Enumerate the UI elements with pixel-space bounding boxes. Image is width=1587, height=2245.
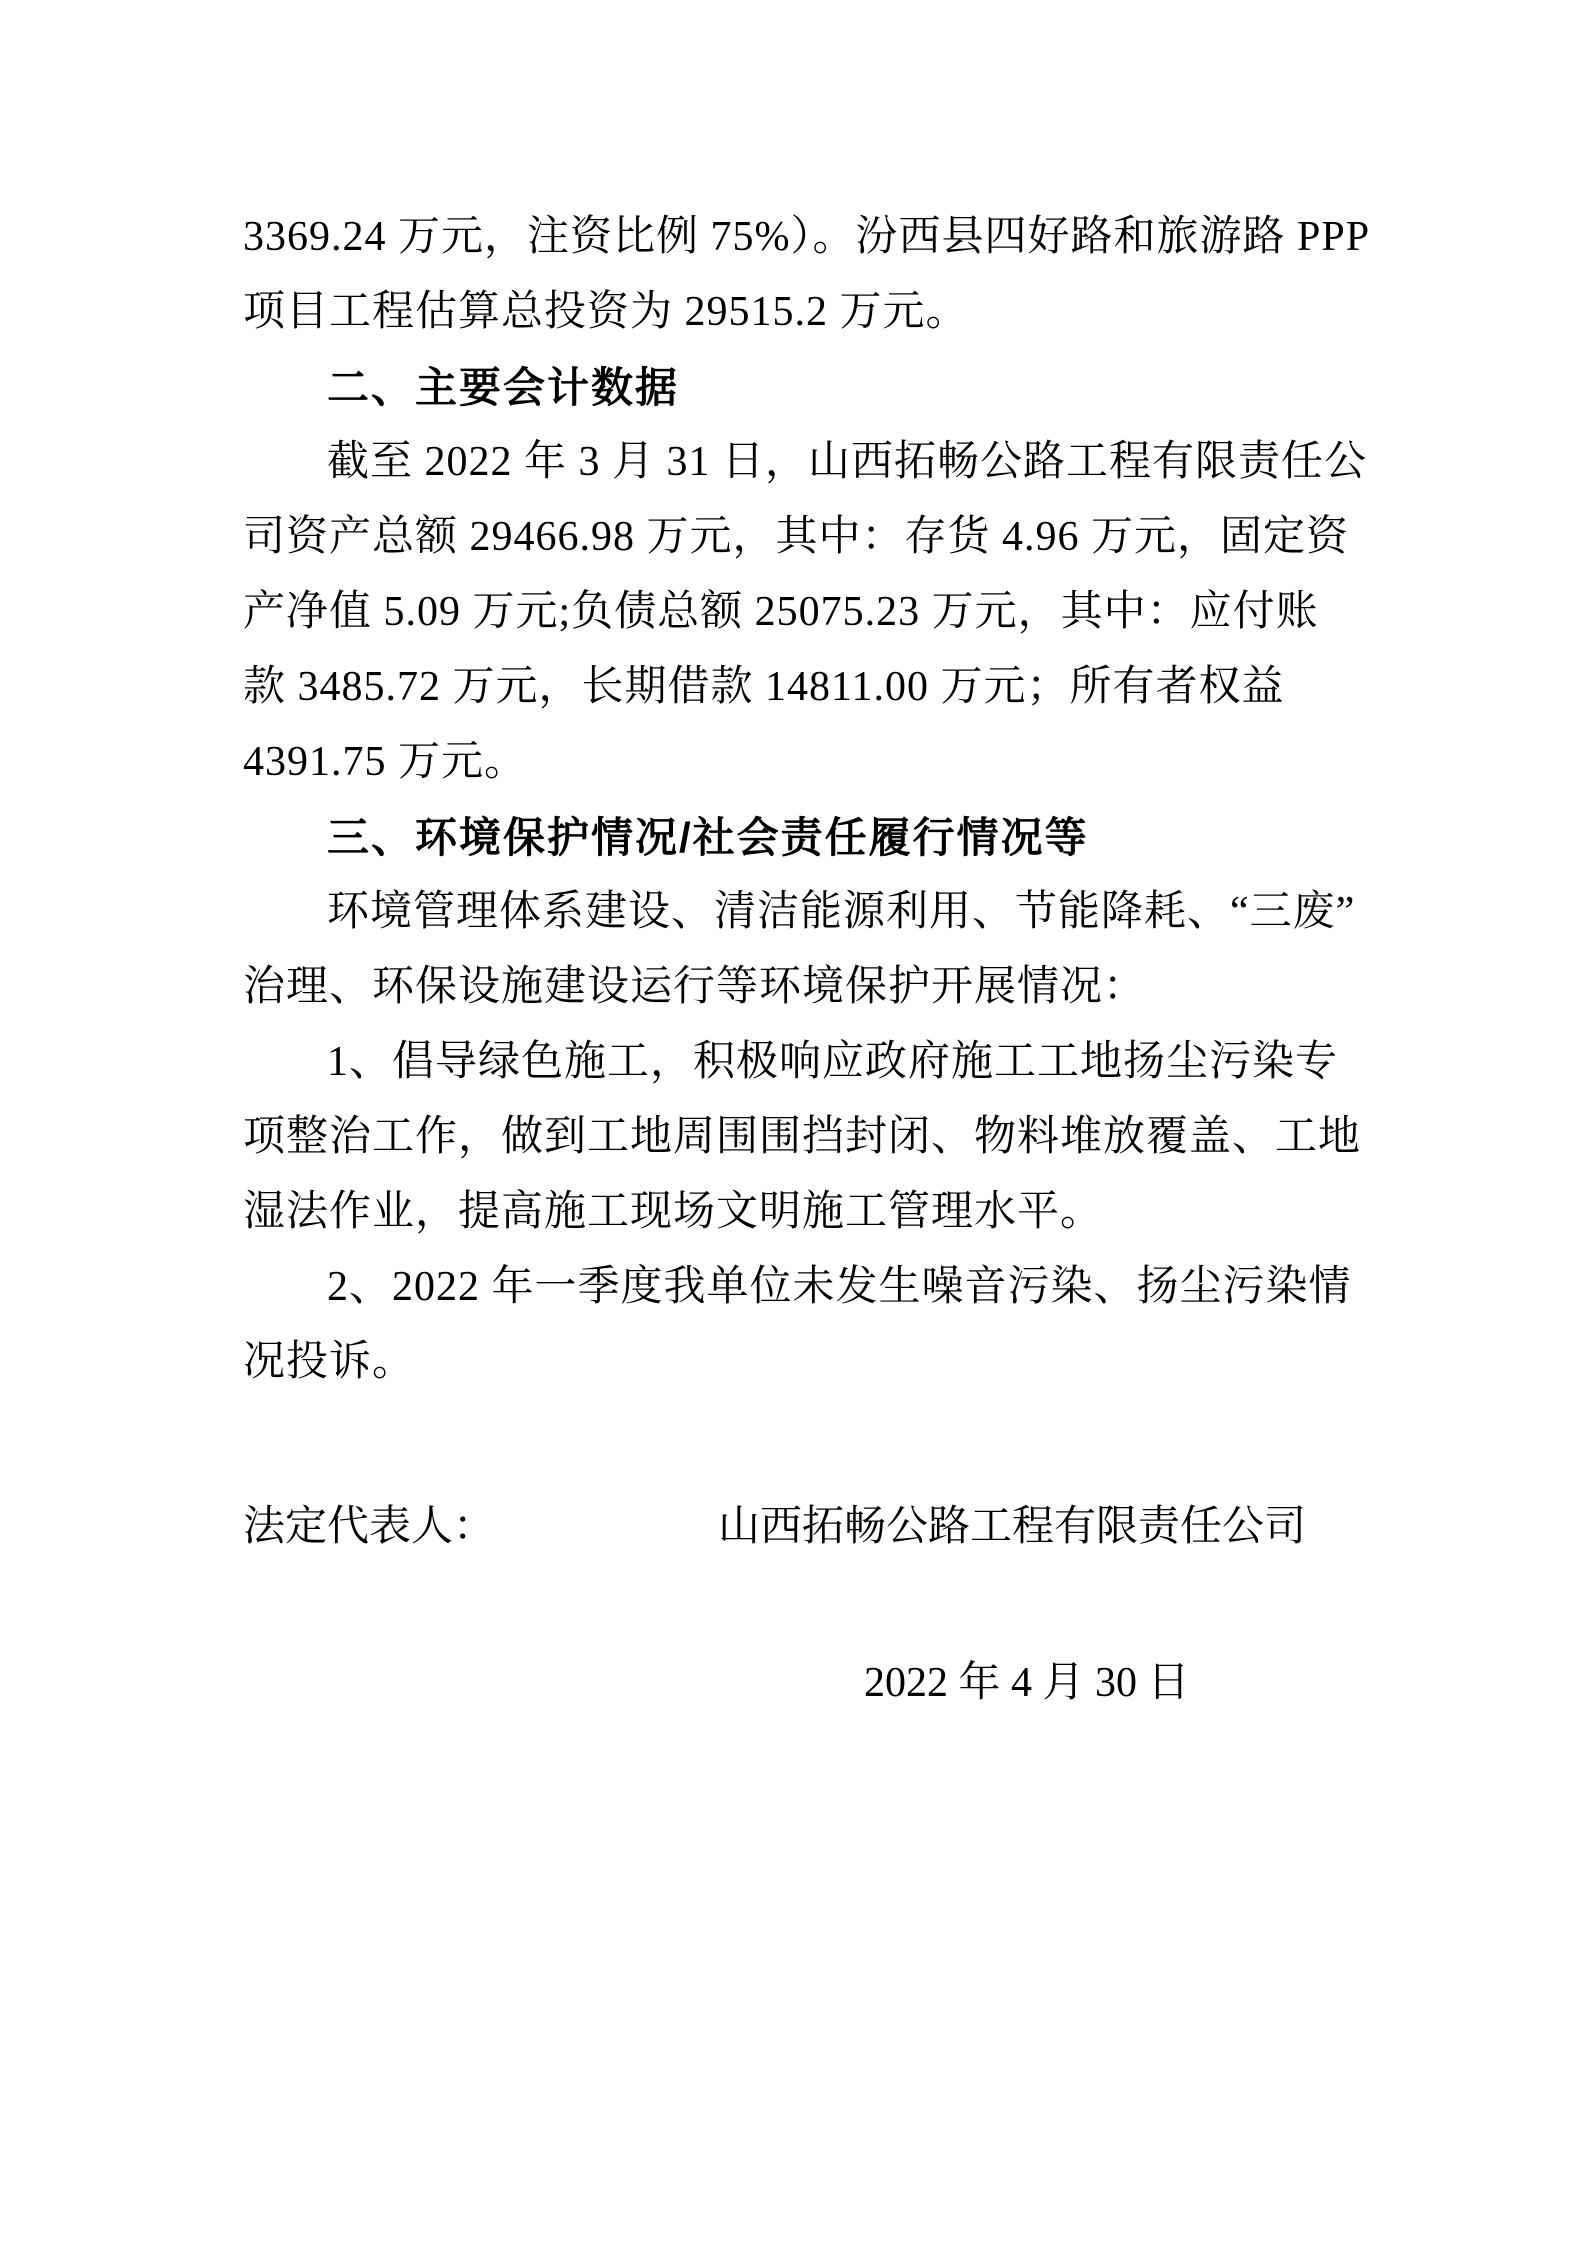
text-line: 环境管理体系建设、清洁能源利用、节能降耗、“三废”	[243, 875, 1353, 950]
text-line: 项目工程估算总投资为 29515.2 万元。	[243, 275, 1353, 350]
text-line: 项整治工作，做到工地周围围挡封闭、物料堆放覆盖、工地	[243, 1100, 1353, 1175]
text-line: 1、倡导绿色施工，积极响应政府施工工地扬尘污染专	[243, 1025, 1353, 1100]
signature-row: 法定代表人： 山西拓畅公路工程有限责任公司	[243, 1490, 1353, 1565]
report-date: 2022 年 4 月 30 日	[864, 1646, 1190, 1721]
text-line: 治理、环保设施建设运行等环境保护开展情况：	[243, 950, 1353, 1025]
text-line: 款 3485.72 万元，长期借款 14811.00 万元；所有者权益	[243, 650, 1353, 725]
legal-representative-label: 法定代表人：	[243, 1490, 495, 1565]
text-line: 3369.24 万元，注资比例 75%）。汾西县四好路和旅游路 PPP	[243, 200, 1353, 275]
section-heading-accounting-data: 二、主要会计数据	[243, 350, 1353, 425]
text-line: 2、2022 年一季度我单位未发生噪音污染、扬尘污染情	[243, 1250, 1353, 1325]
text-line: 司资产总额 29466.98 万元，其中：存货 4.96 万元，固定资	[243, 500, 1353, 575]
document-page: 3369.24 万元，注资比例 75%）。汾西县四好路和旅游路 PPP 项目工程…	[0, 0, 1587, 2245]
company-name: 山西拓畅公路工程有限责任公司	[718, 1490, 1306, 1565]
section-heading-environment: 三、环境保护情况/社会责任履行情况等	[243, 800, 1353, 875]
text-line: 截至 2022 年 3 月 31 日，山西拓畅公路工程有限责任公	[243, 425, 1353, 500]
text-line: 况投诉。	[243, 1325, 1353, 1400]
text-line: 4391.75 万元。	[243, 725, 1353, 800]
date-row: 2022 年 4 月 30 日	[243, 1646, 1353, 1721]
text-line: 湿法作业，提高施工现场文明施工管理水平。	[243, 1175, 1353, 1250]
text-line: 产净值 5.09 万元;负债总额 25075.23 万元，其中：应付账	[243, 575, 1353, 650]
document-body: 3369.24 万元，注资比例 75%）。汾西县四好路和旅游路 PPP 项目工程…	[243, 200, 1353, 1721]
